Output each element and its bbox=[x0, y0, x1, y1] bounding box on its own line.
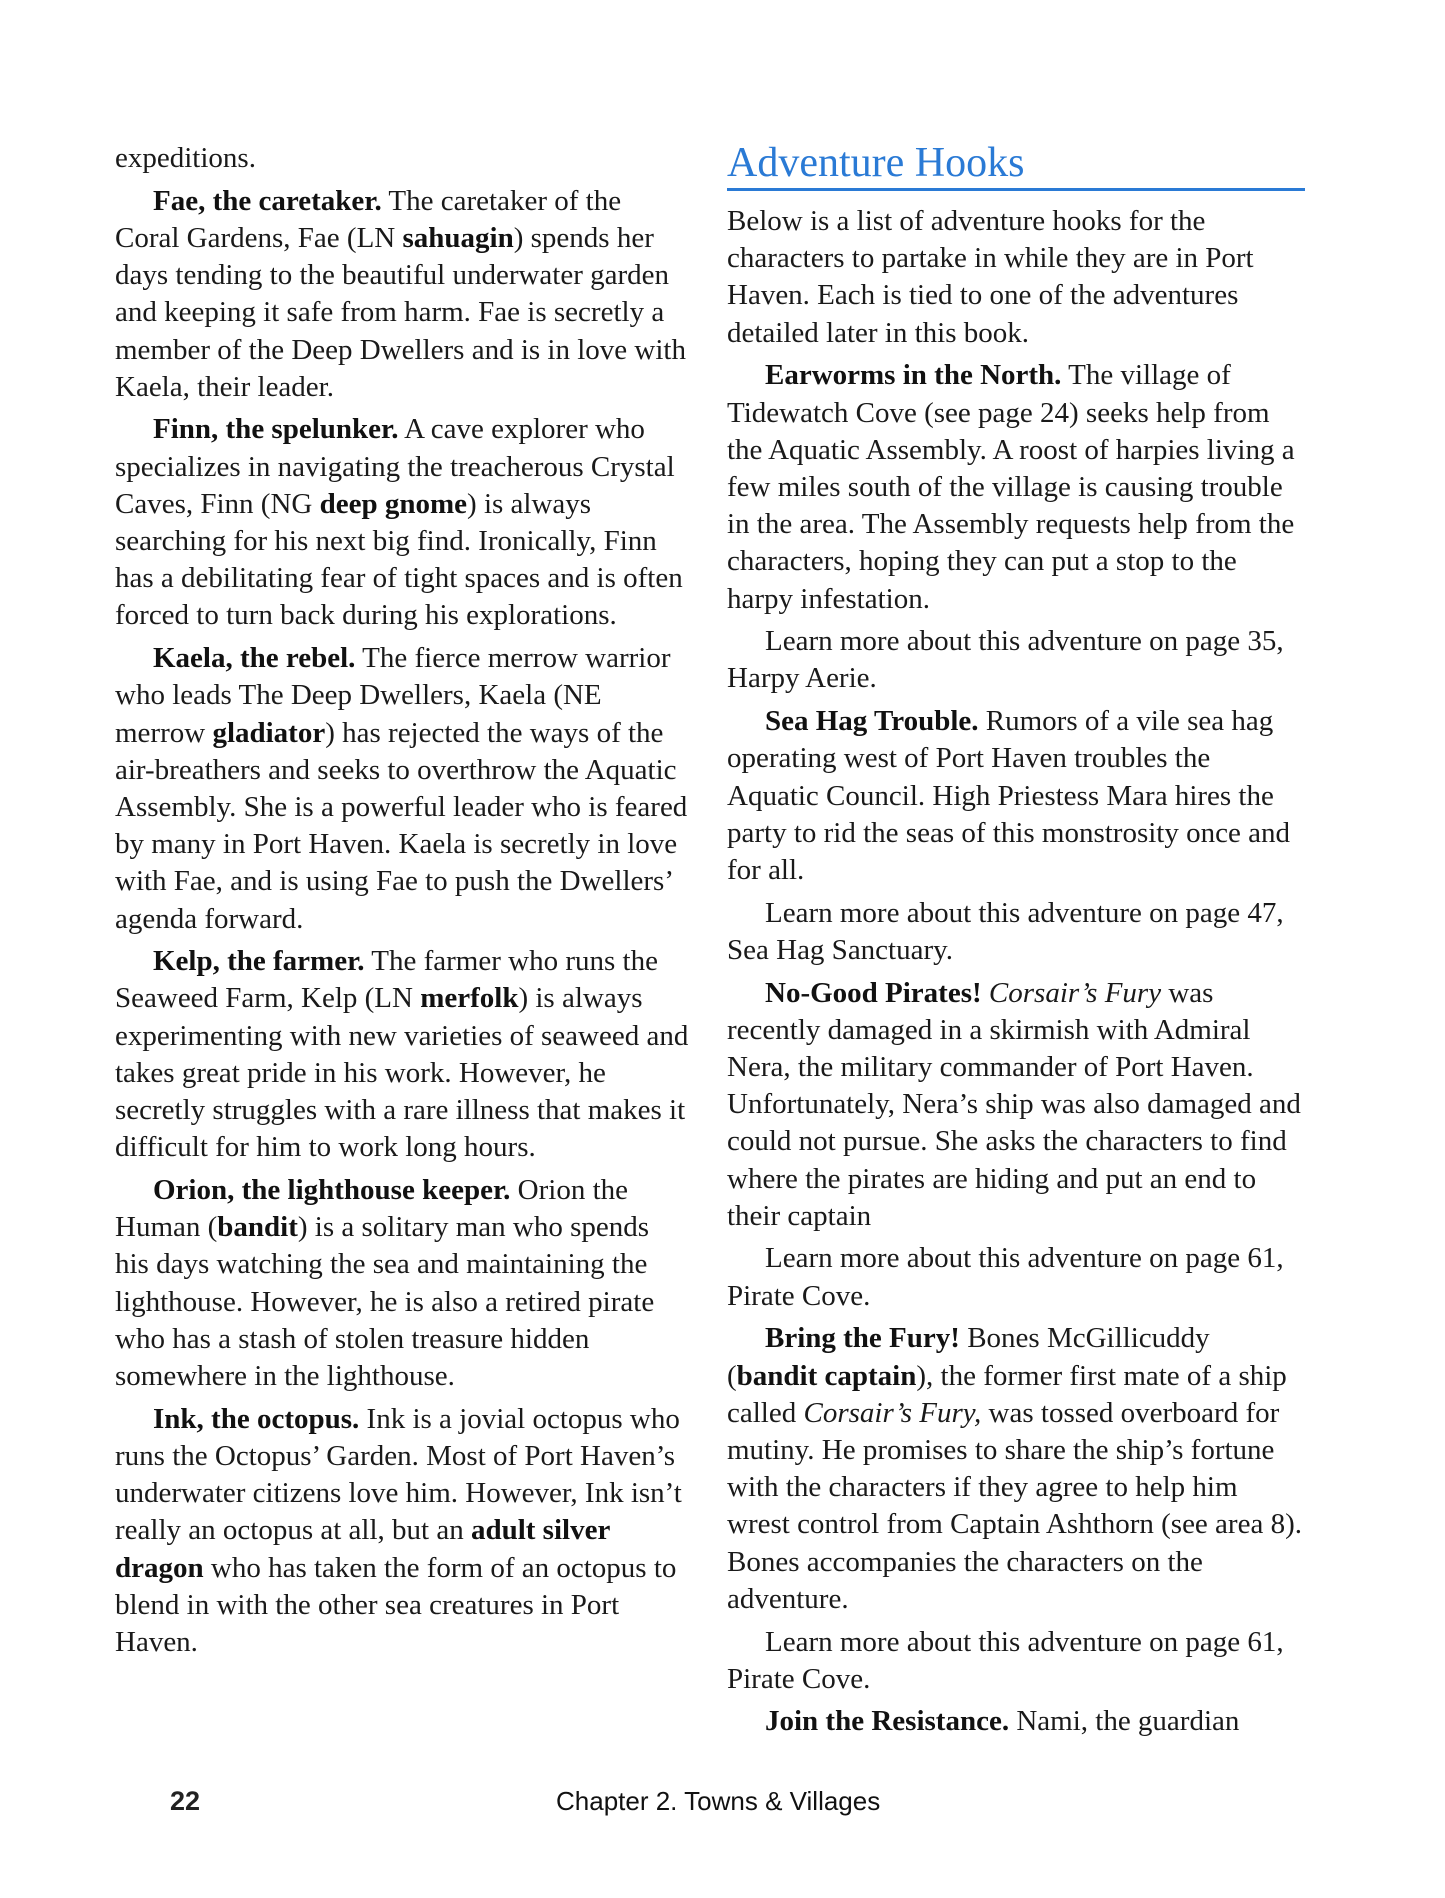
entry-title: Sea Hag Trouble. bbox=[765, 705, 979, 737]
npc-entry: Kelp, the farmer. The farmer who runs th… bbox=[115, 943, 690, 1166]
body-text: Nami, the guardian bbox=[1009, 1705, 1239, 1737]
npc-entry: Kaela, the rebel. The fierce merrow warr… bbox=[115, 640, 690, 938]
body-text: was recently damaged in a skirmish with … bbox=[727, 977, 1301, 1232]
adventure-hooks-list: Earworms in the North. The village of Ti… bbox=[727, 357, 1305, 1740]
ship-name: Corsair’s Fury, bbox=[803, 1397, 981, 1429]
stat-reference: merfolk bbox=[420, 982, 518, 1014]
ship-name: Corsair’s Fury bbox=[989, 977, 1161, 1009]
stat-reference: bandit captain bbox=[737, 1360, 917, 1392]
entry-title: Join the Resistance. bbox=[765, 1705, 1009, 1737]
entry-title: Orion, the lighthouse keeper. bbox=[153, 1174, 510, 1206]
document-page: expeditions. Fae, the caretaker. The car… bbox=[0, 0, 1445, 1898]
learn-more-reference: Learn more about this adventure on page … bbox=[727, 1624, 1305, 1698]
adventure-hook: Earworms in the North. The village of Ti… bbox=[727, 357, 1305, 617]
adventure-hook: Sea Hag Trouble. Rumors of a vile sea ha… bbox=[727, 703, 1305, 889]
stat-reference: sahuagin bbox=[403, 222, 514, 254]
entry-title: Kelp, the farmer. bbox=[153, 945, 365, 977]
learn-more-reference: Learn more about this adventure on page … bbox=[727, 1240, 1305, 1314]
stat-reference: deep gnome bbox=[320, 488, 467, 520]
left-column: expeditions. Fae, the caretaker. The car… bbox=[115, 140, 690, 1667]
right-column: Adventure Hooks Below is a list of adven… bbox=[727, 140, 1305, 1746]
body-text: ) has rejected the ways of the air-breat… bbox=[115, 717, 687, 935]
body-text: was tossed overboard for mutiny. He prom… bbox=[727, 1397, 1302, 1615]
adventure-hook: No-Good Pirates! Corsair’s Fury was rece… bbox=[727, 975, 1305, 1235]
adventure-hook: Bring the Fury! Bones McGillicuddy (band… bbox=[727, 1320, 1305, 1618]
chapter-footer: Chapter 2. Towns & Villages bbox=[556, 1786, 880, 1817]
entry-title: Finn, the spelunker. bbox=[153, 413, 399, 445]
body-text: The village of Tidewatch Cove (see page … bbox=[727, 359, 1295, 614]
body-text bbox=[982, 977, 989, 1009]
entry-title: Kaela, the rebel. bbox=[153, 642, 355, 674]
npc-entry: Fae, the caretaker. The caretaker of the… bbox=[115, 183, 690, 406]
npc-entry: Ink, the octopus. Ink is a jovial octopu… bbox=[115, 1401, 690, 1661]
entry-title: Earworms in the North. bbox=[765, 359, 1061, 391]
entry-title: No-Good Pirates! bbox=[765, 977, 982, 1009]
adventure-hook: Join the Resistance. Nami, the guardian bbox=[727, 1703, 1305, 1740]
learn-more-reference: Learn more about this adventure on page … bbox=[727, 895, 1305, 969]
continuation-paragraph: expeditions. bbox=[115, 140, 690, 177]
intro-paragraph: Below is a list of adventure hooks for t… bbox=[727, 203, 1305, 352]
section-heading: Adventure Hooks bbox=[727, 140, 1305, 191]
entry-title: Bring the Fury! bbox=[765, 1322, 960, 1354]
stat-reference: bandit bbox=[217, 1211, 298, 1243]
stat-reference: gladiator bbox=[212, 717, 325, 749]
entry-title: Fae, the caretaker. bbox=[153, 185, 382, 217]
learn-more-reference: Learn more about this adventure on page … bbox=[727, 623, 1305, 697]
npc-entry: Finn, the spelunker. A cave explorer who… bbox=[115, 411, 690, 634]
npc-entry: Orion, the lighthouse keeper. Orion the … bbox=[115, 1172, 690, 1395]
npc-entries: Fae, the caretaker. The caretaker of the… bbox=[115, 183, 690, 1661]
page-number: 22 bbox=[170, 1786, 200, 1817]
entry-title: Ink, the octopus. bbox=[153, 1403, 359, 1435]
